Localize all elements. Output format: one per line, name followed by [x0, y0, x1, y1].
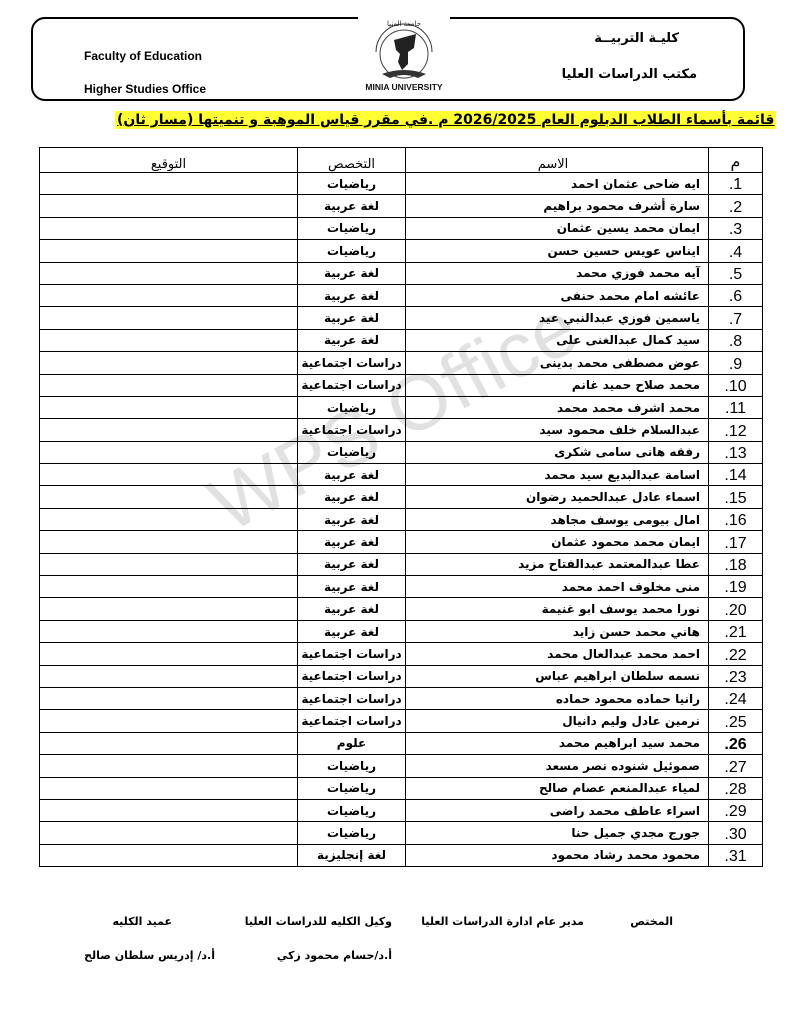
specialization: رياضيات: [298, 240, 406, 262]
table-row: 9.عوض مصطفى محمد بدينىدراسات اجتماعية: [40, 352, 763, 374]
student-name: اسماء عادل عبدالحميد رضوان: [406, 486, 709, 508]
signature-cell[interactable]: [40, 732, 298, 754]
student-name: سيد كمال عبدالغنى على: [406, 329, 709, 351]
specialization: لغة إنجليزية: [298, 844, 406, 866]
specialization: لغة عربية: [298, 620, 406, 642]
students-table: م الاسم التخصص التوقيع 1.ايه ضاحى عثمان …: [39, 147, 763, 867]
faculty-name-en: Faculty of Education: [84, 49, 202, 63]
student-name: ايمان محمد محمود عثمان: [406, 531, 709, 553]
svg-text:MINIA UNIVERSITY: MINIA UNIVERSITY: [365, 82, 442, 92]
signature-cell[interactable]: [40, 553, 298, 575]
row-number: 1.: [709, 173, 763, 195]
header-sign: التوقيع: [40, 148, 298, 173]
table-row: 11.محمد اشرف محمد محمدرياضيات: [40, 396, 763, 418]
specialization: لغة عربية: [298, 598, 406, 620]
sig-vice-dean-title: وكيل الكليه للدراسات العليا: [245, 915, 392, 928]
specialization: لغة عربية: [298, 553, 406, 575]
specialization: دراسات اجتماعية: [298, 643, 406, 665]
signature-cell[interactable]: [40, 531, 298, 553]
specialization: لغة عربية: [298, 576, 406, 598]
specialization: دراسات اجتماعية: [298, 687, 406, 709]
specialization: علوم: [298, 732, 406, 754]
table-row: 4.ايناس عويس حسين حسنرياضيات: [40, 240, 763, 262]
student-name: آيه محمد فوزي محمد: [406, 262, 709, 284]
signature-cell[interactable]: [40, 195, 298, 217]
student-name: نرمين عادل وليم دانيال: [406, 710, 709, 732]
row-number: 19.: [709, 576, 763, 598]
specialization: دراسات اجتماعية: [298, 710, 406, 732]
specialization: رياضيات: [298, 173, 406, 195]
sig-director: مدير عام ادارة الدراسات العليا: [421, 915, 584, 928]
specialization: لغة عربية: [298, 284, 406, 306]
university-logo: جامعة المنيا MINIA UNIVERSITY: [358, 12, 450, 96]
row-number: 28.: [709, 777, 763, 799]
specialization: رياضيات: [298, 396, 406, 418]
specialization: لغة عربية: [298, 262, 406, 284]
specialization: لغة عربية: [298, 464, 406, 486]
signature-cell[interactable]: [40, 262, 298, 284]
row-number: 12.: [709, 419, 763, 441]
signature-cell[interactable]: [40, 687, 298, 709]
row-number: 16.: [709, 508, 763, 530]
row-number: 30.: [709, 822, 763, 844]
table-row: 6.عائشه امام محمد حنفىلغة عربية: [40, 284, 763, 306]
specialization: لغة عربية: [298, 329, 406, 351]
signature-cell[interactable]: [40, 777, 298, 799]
document-title: قائمة بأسماء الطلاب الدبلوم العام 2026/2…: [115, 111, 776, 129]
student-name: محمد صلاح حميد غانم: [406, 374, 709, 396]
table-row: 28.لمياء عبدالمنعم عصام صالحرياضيات: [40, 777, 763, 799]
signature-cell[interactable]: [40, 284, 298, 306]
signature-cell[interactable]: [40, 643, 298, 665]
sig-dean-name: أ.د/ إدريس سلطان صالح: [84, 949, 215, 962]
row-number: 17.: [709, 531, 763, 553]
table-row: 25.نرمين عادل وليم دانيالدراسات اجتماعية: [40, 710, 763, 732]
table-row: 3.ايمان محمد يسين عثمانرياضيات: [40, 217, 763, 239]
table-row: 2.سارة أشرف محمود براهيملغة عربية: [40, 195, 763, 217]
student-name: سارة أشرف محمود براهيم: [406, 195, 709, 217]
student-name: صموئيل شنوده نصر مسعد: [406, 755, 709, 777]
student-name: عبدالسلام خلف محمود سيد: [406, 419, 709, 441]
student-name: محمد اشرف محمد محمد: [406, 396, 709, 418]
table-row: 26.محمد سيد ابراهيم محمدعلوم: [40, 732, 763, 754]
table-row: 17.ايمان محمد محمود عثمانلغة عربية: [40, 531, 763, 553]
nefertiti-emblem-icon: جامعة المنيا MINIA UNIVERSITY: [358, 12, 450, 96]
table-row: 18.عطا عبدالمعتمد عبدالفتاح مزيدلغة عربي…: [40, 553, 763, 575]
sig-dean-title: عميد الكليه: [112, 915, 172, 928]
specialization: رياضيات: [298, 822, 406, 844]
header-spec: التخصص: [298, 148, 406, 173]
table-row: 23.نسمه سلطان ابراهيم عباسدراسات اجتماعي…: [40, 665, 763, 687]
table-row: 30.جورج مجدي جميل حنارياضيات: [40, 822, 763, 844]
sig-specialist: المختص: [630, 915, 673, 928]
student-name: رانيا حماده محمود حماده: [406, 687, 709, 709]
table-row: 31.محمود محمد رشاد محمودلغة إنجليزية: [40, 844, 763, 866]
table-row: 19.منى مخلوف احمد محمدلغة عربية: [40, 576, 763, 598]
svg-text:جامعة المنيا: جامعة المنيا: [387, 20, 421, 28]
table-row: 16.امال بيومى يوسف مجاهدلغة عربية: [40, 508, 763, 530]
signature-cell[interactable]: [40, 464, 298, 486]
student-name: ايمان محمد يسين عثمان: [406, 217, 709, 239]
student-name: لمياء عبدالمنعم عصام صالح: [406, 777, 709, 799]
student-name: ايه ضاحى عثمان احمد: [406, 173, 709, 195]
table-row: 29.اسراء عاطف محمد راضىرياضيات: [40, 799, 763, 821]
specialization: دراسات اجتماعية: [298, 419, 406, 441]
table-row: 7.ياسمين فوزي عبدالنبي عيدلغة عربية: [40, 307, 763, 329]
specialization: رياضيات: [298, 799, 406, 821]
student-name: منى مخلوف احمد محمد: [406, 576, 709, 598]
specialization: دراسات اجتماعية: [298, 665, 406, 687]
specialization: لغة عربية: [298, 307, 406, 329]
signature-cell[interactable]: [40, 329, 298, 351]
table-header-row: م الاسم التخصص التوقيع: [40, 148, 763, 173]
table-row: 21.هاني محمد حسن زايدلغة عربية: [40, 620, 763, 642]
row-number: 20.: [709, 598, 763, 620]
signature-cell[interactable]: [40, 799, 298, 821]
student-name: احمد محمد عبدالعال محمد: [406, 643, 709, 665]
row-number: 25.: [709, 710, 763, 732]
specialization: رياضيات: [298, 755, 406, 777]
signature-cell[interactable]: [40, 217, 298, 239]
table-row: 14.اسامة عبدالبديع سيد محمدلغة عربية: [40, 464, 763, 486]
student-name: نورا محمد يوسف ابو غنيمة: [406, 598, 709, 620]
table-row: 27.صموئيل شنوده نصر مسعدرياضيات: [40, 755, 763, 777]
signature-cell[interactable]: [40, 598, 298, 620]
faculty-name-ar: كليـة التربيــة: [594, 31, 679, 46]
table-row: 1.ايه ضاحى عثمان احمدرياضيات: [40, 173, 763, 195]
table-row: 13.رفقه هانى سامى شكرىرياضيات: [40, 441, 763, 463]
signature-cell[interactable]: [40, 755, 298, 777]
signature-cell[interactable]: [40, 665, 298, 687]
specialization: لغة عربية: [298, 531, 406, 553]
row-number: 18.: [709, 553, 763, 575]
signature-cell[interactable]: [40, 173, 298, 195]
signature-cell[interactable]: [40, 710, 298, 732]
specialization: دراسات اجتماعية: [298, 374, 406, 396]
student-name: عائشه امام محمد حنفى: [406, 284, 709, 306]
student-name: محمود محمد رشاد محمود: [406, 844, 709, 866]
row-number: 8.: [709, 329, 763, 351]
office-name-en: Higher Studies Office: [84, 82, 206, 96]
row-number: 26.: [709, 732, 763, 754]
row-number: 23.: [709, 665, 763, 687]
row-number: 13.: [709, 441, 763, 463]
signature-cell[interactable]: [40, 844, 298, 866]
row-number: 14.: [709, 464, 763, 486]
signature-cell[interactable]: [40, 508, 298, 530]
signature-cell[interactable]: [40, 620, 298, 642]
student-name: اسامة عبدالبديع سيد محمد: [406, 464, 709, 486]
row-number: 9.: [709, 352, 763, 374]
header-name: الاسم: [406, 148, 709, 173]
signature-cell[interactable]: [40, 441, 298, 463]
row-number: 3.: [709, 217, 763, 239]
student-name: جورج مجدي جميل حنا: [406, 822, 709, 844]
student-name: اسراء عاطف محمد راضى: [406, 799, 709, 821]
signature-cell[interactable]: [40, 419, 298, 441]
specialization: لغة عربية: [298, 508, 406, 530]
table-row: 15.اسماء عادل عبدالحميد رضوانلغة عربية: [40, 486, 763, 508]
row-number: 31.: [709, 844, 763, 866]
signature-cell[interactable]: [40, 486, 298, 508]
signature-cell[interactable]: [40, 352, 298, 374]
specialization: رياضيات: [298, 441, 406, 463]
student-name: رفقه هانى سامى شكرى: [406, 441, 709, 463]
student-name: هاني محمد حسن زايد: [406, 620, 709, 642]
row-number: 2.: [709, 195, 763, 217]
specialization: لغة عربية: [298, 486, 406, 508]
table-row: 20.نورا محمد يوسف ابو غنيمةلغة عربية: [40, 598, 763, 620]
row-number: 6.: [709, 284, 763, 306]
specialization: رياضيات: [298, 777, 406, 799]
row-number: 27.: [709, 755, 763, 777]
row-number: 11.: [709, 396, 763, 418]
row-number: 22.: [709, 643, 763, 665]
table-row: 22.احمد محمد عبدالعال محمددراسات اجتماعي…: [40, 643, 763, 665]
specialization: لغة عربية: [298, 195, 406, 217]
row-number: 10.: [709, 374, 763, 396]
student-name: عطا عبدالمعتمد عبدالفتاح مزيد: [406, 553, 709, 575]
specialization: رياضيات: [298, 217, 406, 239]
row-number: 4.: [709, 240, 763, 262]
sig-vice-dean-name: أ.د/حسام محمود زكي: [277, 949, 392, 962]
signature-cell[interactable]: [40, 576, 298, 598]
student-name: محمد سيد ابراهيم محمد: [406, 732, 709, 754]
student-name: امال بيومى يوسف مجاهد: [406, 508, 709, 530]
row-number: 29.: [709, 799, 763, 821]
table-row: 10.محمد صلاح حميد غانمدراسات اجتماعية: [40, 374, 763, 396]
row-number: 7.: [709, 307, 763, 329]
row-number: 21.: [709, 620, 763, 642]
table-row: 12.عبدالسلام خلف محمود سيددراسات اجتماعي…: [40, 419, 763, 441]
signature-cell[interactable]: [40, 307, 298, 329]
header-num: م: [709, 148, 763, 173]
specialization: دراسات اجتماعية: [298, 352, 406, 374]
student-name: نسمه سلطان ابراهيم عباس: [406, 665, 709, 687]
student-name: عوض مصطفى محمد بدينى: [406, 352, 709, 374]
signature-cell[interactable]: [40, 396, 298, 418]
student-name: ياسمين فوزي عبدالنبي عيد: [406, 307, 709, 329]
signature-cell[interactable]: [40, 822, 298, 844]
student-name: ايناس عويس حسين حسن: [406, 240, 709, 262]
row-number: 15.: [709, 486, 763, 508]
row-number: 24.: [709, 687, 763, 709]
table-row: 5.آيه محمد فوزي محمدلغة عربية: [40, 262, 763, 284]
row-number: 5.: [709, 262, 763, 284]
table-row: 24.رانيا حماده محمود حمادهدراسات اجتماعي…: [40, 687, 763, 709]
office-name-ar: مكتب الدراسات العليا: [562, 67, 697, 82]
signature-cell[interactable]: [40, 374, 298, 396]
table-row: 8.سيد كمال عبدالغنى علىلغة عربية: [40, 329, 763, 351]
signature-cell[interactable]: [40, 240, 298, 262]
